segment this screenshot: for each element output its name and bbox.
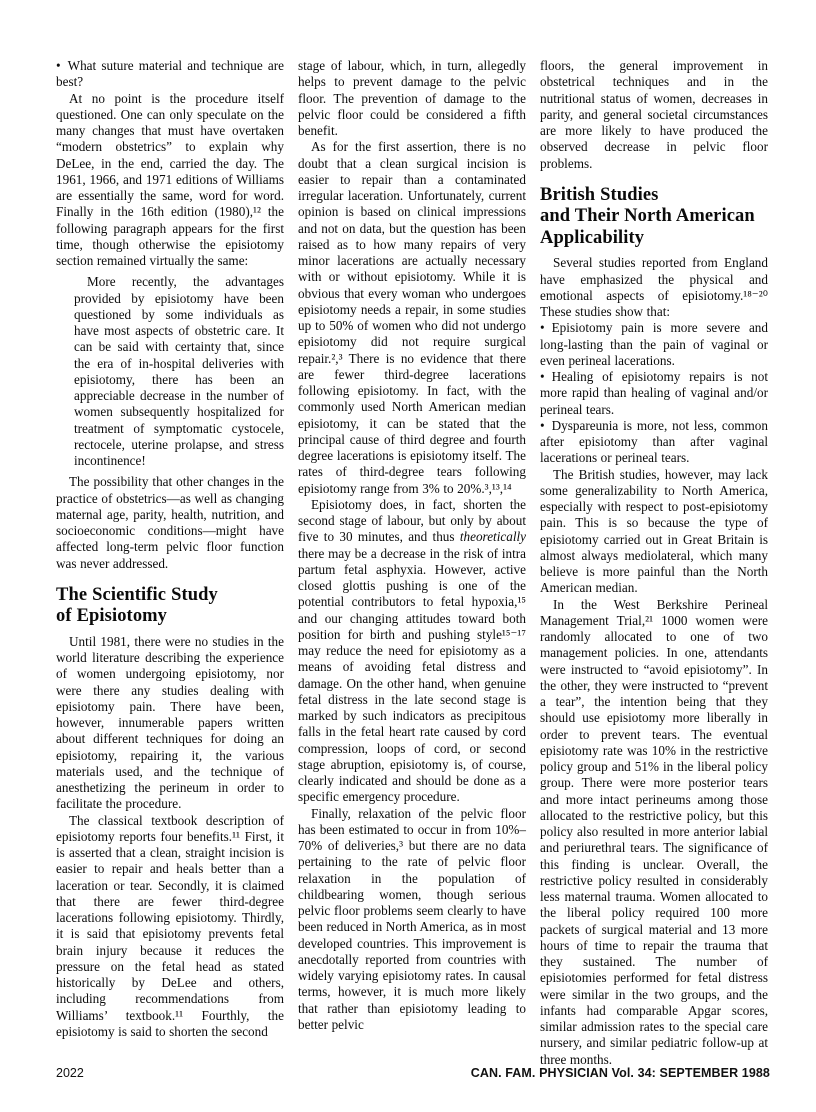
bullet-item: •Healing of episiotomy repairs is not mo…: [540, 369, 768, 418]
blockquote-textbook-excerpt: More recently, the advantages provided b…: [74, 274, 284, 469]
bullet-icon: •: [540, 418, 545, 434]
heading-line: British Studies: [540, 185, 658, 205]
paragraph-text: there may be a decrease in the risk of i…: [298, 546, 526, 805]
paragraph: Several studies reported from England ha…: [540, 255, 768, 320]
paragraph: Episiotomy does, in fact, shorten the se…: [298, 497, 526, 806]
paragraph: Finally, relaxation of the pelvic floor …: [298, 806, 526, 1034]
page-number: 2022: [56, 1066, 84, 1080]
text-column-right: floors, the general improvement in obste…: [540, 58, 768, 1068]
paragraph: The British studies, however, may lack s…: [540, 467, 768, 597]
bullet-icon: •: [540, 320, 545, 336]
paragraph: floors, the general improvement in obste…: [540, 58, 768, 172]
heading-line: Applicability: [540, 228, 644, 248]
bullet-item-text: Episiotomy pain is more severe and long-…: [540, 320, 768, 368]
heading-line: of Episiotomy: [56, 606, 167, 626]
paragraph: Until 1981, there were no studies in the…: [56, 634, 284, 813]
bullet-icon: •: [56, 58, 61, 74]
bullet-item-text: Dyspareunia is more, not less, common af…: [540, 418, 768, 466]
bullet-item: •Dyspareunia is more, not less, common a…: [540, 418, 768, 467]
bullet-item: •Episiotomy pain is more severe and long…: [540, 320, 768, 369]
paragraph: The classical textbook description of ep…: [56, 813, 284, 1041]
paragraph: At no point is the procedure itself ques…: [56, 91, 284, 270]
text-column-middle: stage of labour, which, in turn, alleged…: [298, 58, 526, 1068]
bullet-item-text: What suture material and technique are b…: [56, 58, 284, 89]
article-body: •What suture material and technique are …: [56, 58, 768, 1068]
text-column-left: •What suture material and technique are …: [56, 58, 284, 1068]
bullet-icon: •: [540, 369, 545, 385]
bullet-item-text: Healing of episiotomy repairs is not mor…: [540, 369, 768, 417]
section-heading-scientific-study: The Scientific Studyof Episiotomy: [56, 585, 284, 628]
journal-citation: CAN. FAM. PHYSICIAN Vol. 34: SEPTEMBER 1…: [471, 1066, 770, 1080]
paragraph: The possibility that other changes in th…: [56, 474, 284, 572]
section-heading-british-studies: British Studiesand Their North AmericanA…: [540, 185, 768, 250]
paragraph: stage of labour, which, in turn, alleged…: [298, 58, 526, 139]
page-footer: 2022 CAN. FAM. PHYSICIAN Vol. 34: SEPTEM…: [56, 1066, 770, 1080]
bullet-item: •What suture material and technique are …: [56, 58, 284, 91]
paragraph: As for the first assertion, there is no …: [298, 139, 526, 497]
journal-page: •What suture material and technique are …: [0, 0, 816, 1112]
heading-line: and Their North American: [540, 206, 755, 226]
italic-emphasis: theoretically: [460, 529, 526, 544]
heading-line: The Scientific Study: [56, 585, 218, 605]
paragraph: In the West Berkshire Perineal Managemen…: [540, 597, 768, 1068]
